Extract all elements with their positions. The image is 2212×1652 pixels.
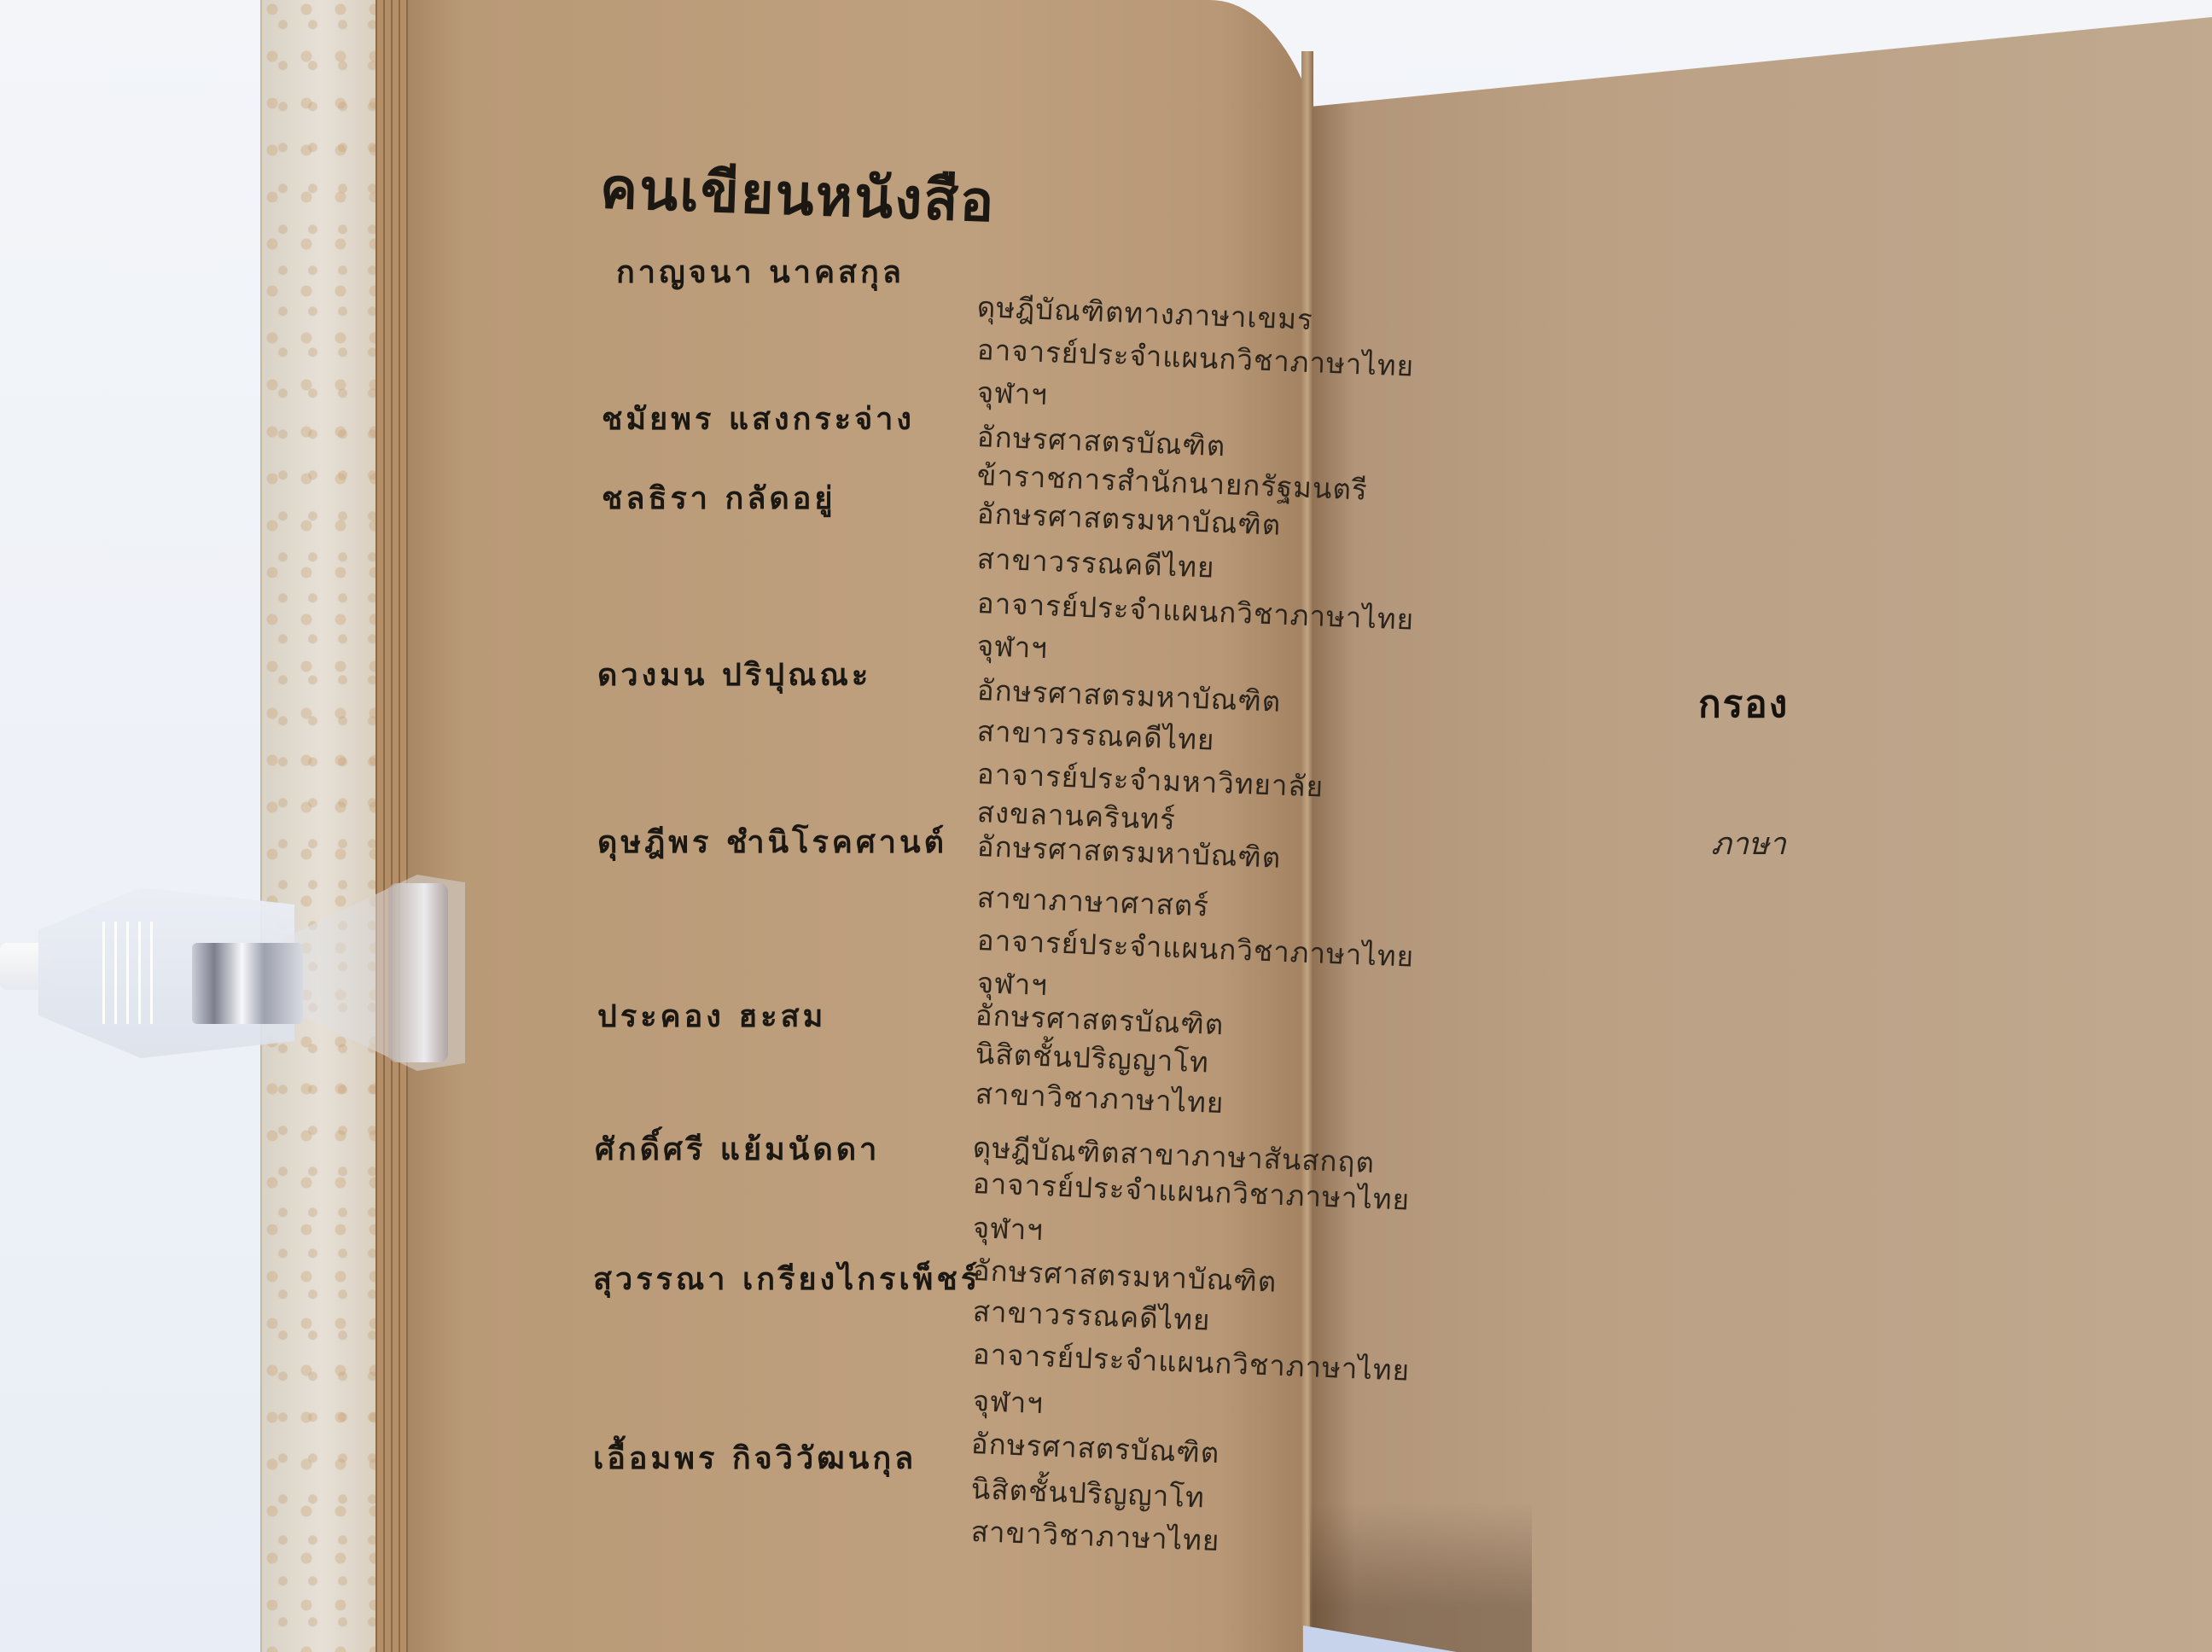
acrylic-clip [0, 862, 465, 1075]
section-title: กรอง [1698, 674, 1789, 734]
clip-ridges [102, 922, 154, 1024]
author-name: ดุษฎีพร ชำนิโรคศานต์ [597, 817, 947, 866]
author-name: กาญจนา นาคสกุล [616, 247, 905, 296]
clip-jaw-edge [388, 883, 448, 1062]
author-credential: สาขาวิชาภาษาไทย [970, 1509, 1220, 1563]
author-name: ศักดิ์ศรี แย้มนัดดา [595, 1125, 880, 1173]
author-credential: จุฬาฯ [972, 1205, 1045, 1253]
clip-metal-spring [192, 943, 303, 1024]
page-shadow [1310, 1502, 1532, 1652]
author-credential: สาขาวิชาภาษาไทย [975, 1071, 1225, 1126]
author-name: สุวรรณา เกรียงไกรเพ็ชร์ [593, 1254, 981, 1303]
author-name: ดวงมน ปริปุณณะ [597, 650, 871, 699]
author-credential: จุฬาฯ [972, 1378, 1045, 1426]
author-credential: จุฬาฯ [976, 369, 1049, 417]
author-name: ชมัยพร แสงกระจ่าง [602, 394, 915, 443]
author-name: เอื้อมพร กิจวิวัฒนกุล [593, 1434, 917, 1482]
section-subtitle: ภาษา [1711, 819, 1786, 868]
author-name: ประคอง ฮะสม [597, 992, 826, 1040]
author-credential: จุฬาฯ [976, 623, 1049, 671]
book-gutter [1301, 51, 1313, 1652]
author-name: ชลธิรา กลัดอยู่ [602, 474, 836, 522]
page-title: คนเขียนหนังสือ [598, 143, 997, 247]
